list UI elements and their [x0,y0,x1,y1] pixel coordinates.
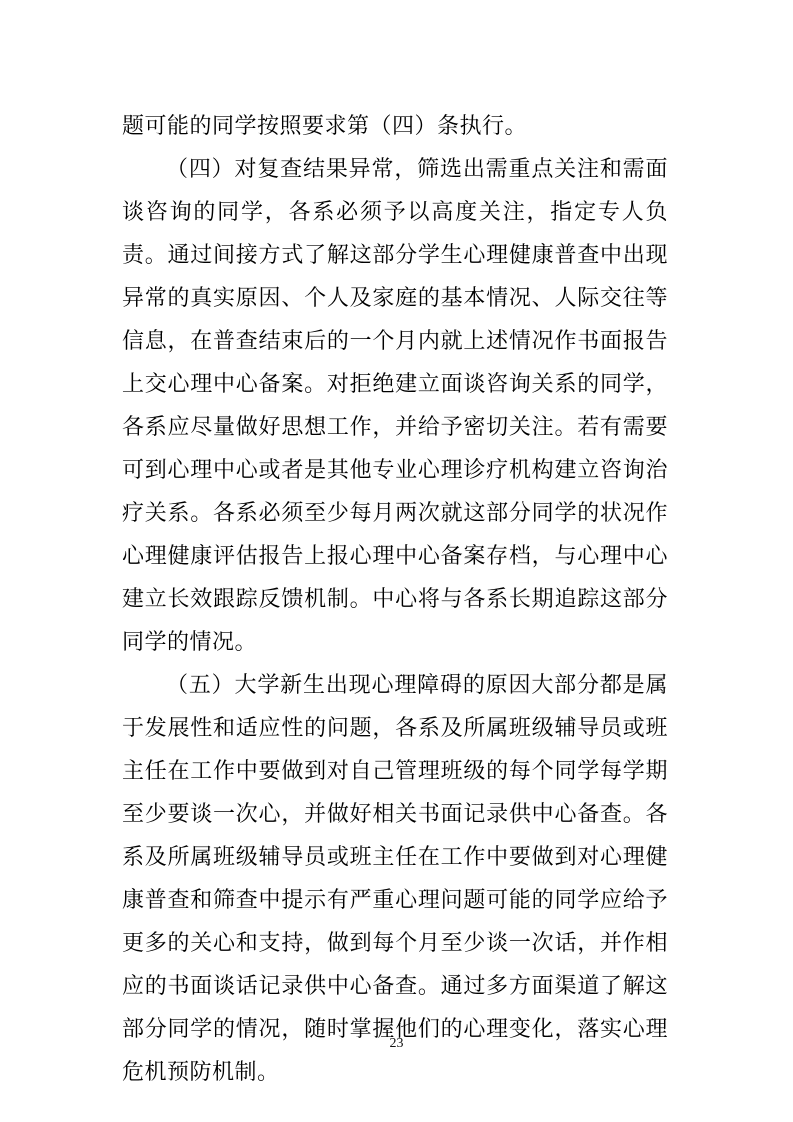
page-footer: 23 [0,1034,793,1053]
paragraph-item-5: （五）大学新生出现心理障碍的原因大部分都是属于发展性和适应性的问题，各系及所属班… [122,663,668,1093]
paragraph-continuation: 题可能的同学按照要求第（四）条执行。 [122,104,668,147]
page-number: 23 [390,1036,404,1051]
document-body: 题可能的同学按照要求第（四）条执行。 （四）对复查结果异常，筛选出需重点关注和需… [122,104,668,1093]
paragraph-item-4: （四）对复查结果异常，筛选出需重点关注和需面谈咨询的同学，各系必须予以高度关注，… [122,147,668,663]
document-page: 题可能的同学按照要求第（四）条执行。 （四）对复查结果异常，筛选出需重点关注和需… [0,0,793,1122]
